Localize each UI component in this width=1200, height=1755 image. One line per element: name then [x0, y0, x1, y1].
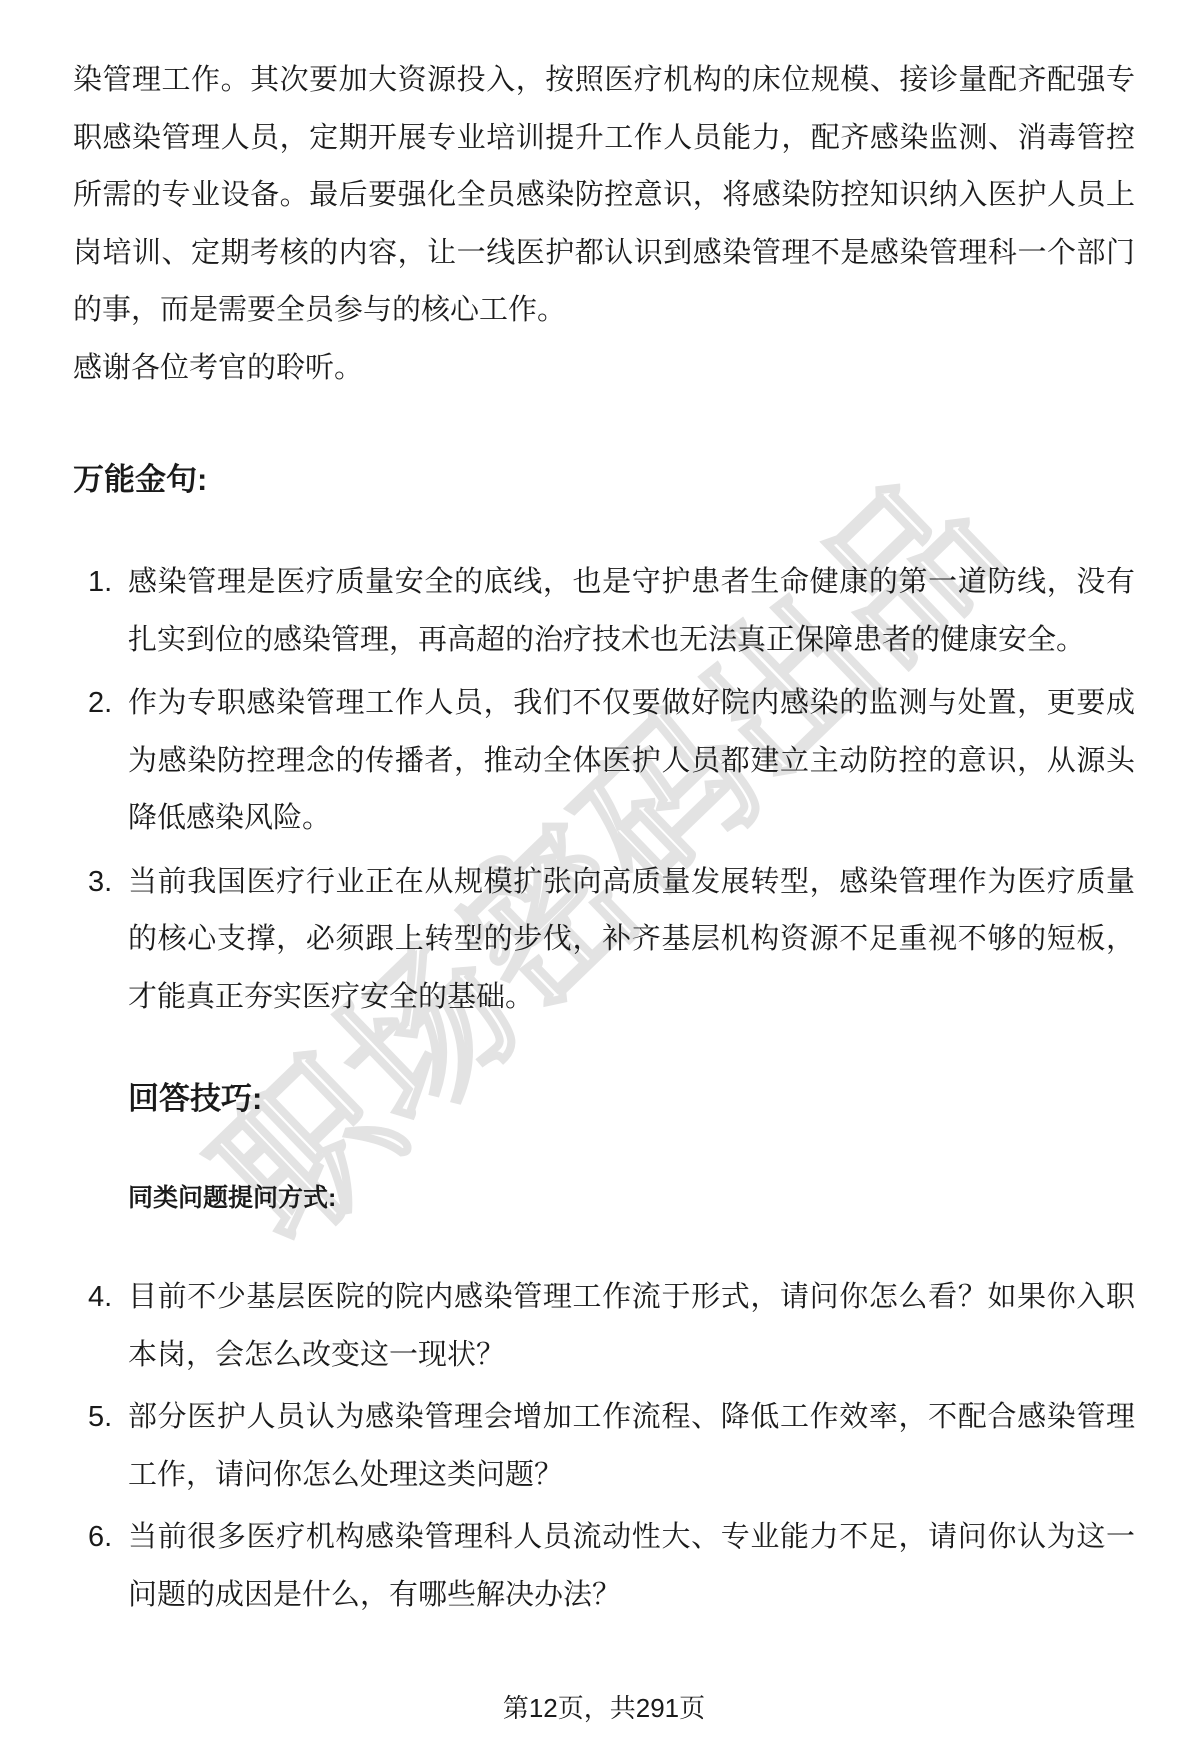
list-item-text: 目前不少基层医院的院内感染管理工作流于形式，请问你怎么看？如果你入职本岗，会怎么…: [128, 1269, 1135, 1384]
list-item-number: 1.: [88, 554, 128, 669]
list-item-number: 2.: [88, 675, 128, 848]
list-item: 1. 感染管理是医疗质量安全的底线，也是守护患者生命健康的第一道防线，没有扎实到…: [88, 554, 1135, 669]
list-item-number: 5.: [88, 1389, 128, 1504]
golden-sentences-list: 1. 感染管理是医疗质量安全的底线，也是守护患者生命健康的第一道防线，没有扎实到…: [73, 554, 1135, 1026]
list-item-number: 4.: [88, 1269, 128, 1384]
section-heading-answer-techniques: 回答技巧:: [128, 1077, 1135, 1121]
list-item-text: 作为专职感染管理工作人员，我们不仅要做好院内感染的监测与处置，更要成为感染防控理…: [128, 675, 1135, 848]
paragraph-continuation: 染管理工作。其次要加大资源投入，按照医疗机构的床位规模、接诊量配齐配强专职感染管…: [73, 52, 1135, 340]
list-item: 2. 作为专职感染管理工作人员，我们不仅要做好院内感染的监测与处置，更要成为感染…: [88, 675, 1135, 848]
similar-questions-list: 4. 目前不少基层医院的院内感染管理工作流于形式，请问你怎么看？如果你入职本岗，…: [73, 1269, 1135, 1624]
list-item-number: 3.: [88, 854, 128, 1027]
list-item-text: 当前我国医疗行业正在从规模扩张向高质量发展转型，感染管理作为医疗质量的核心支撑，…: [128, 854, 1135, 1027]
subheading-similar-questions: 同类问题提问方式:: [128, 1180, 1135, 1216]
page-content: 染管理工作。其次要加大资源投入，按照医疗机构的床位规模、接诊量配齐配强专职感染管…: [0, 52, 1200, 1726]
list-item: 4. 目前不少基层医院的院内感染管理工作流于形式，请问你怎么看？如果你入职本岗，…: [88, 1269, 1135, 1384]
list-item: 6. 当前很多医疗机构感染管理科人员流动性大、专业能力不足，请问你认为这一问题的…: [88, 1509, 1135, 1624]
list-item-text: 当前很多医疗机构感染管理科人员流动性大、专业能力不足，请问你认为这一问题的成因是…: [128, 1509, 1135, 1624]
list-item: 3. 当前我国医疗行业正在从规模扩张向高质量发展转型，感染管理作为医疗质量的核心…: [88, 854, 1135, 1027]
list-item-text: 部分医护人员认为感染管理会增加工作流程、降低工作效率，不配合感染管理工作，请问你…: [128, 1389, 1135, 1504]
document-page: 职场密码出品 染管理工作。其次要加大资源投入，按照医疗机构的床位规模、接诊量配齐…: [0, 0, 1200, 1755]
page-number: 第12页，共291页: [73, 1690, 1135, 1726]
list-item: 5. 部分医护人员认为感染管理会增加工作流程、降低工作效率，不配合感染管理工作，…: [88, 1389, 1135, 1504]
list-item-number: 6.: [88, 1509, 128, 1624]
closing-line: 感谢各位考官的聆听。: [73, 340, 1135, 398]
list-item-text: 感染管理是医疗质量安全的底线，也是守护患者生命健康的第一道防线，没有扎实到位的感…: [128, 554, 1135, 669]
section-heading-golden-sentences: 万能金句:: [73, 458, 1135, 502]
